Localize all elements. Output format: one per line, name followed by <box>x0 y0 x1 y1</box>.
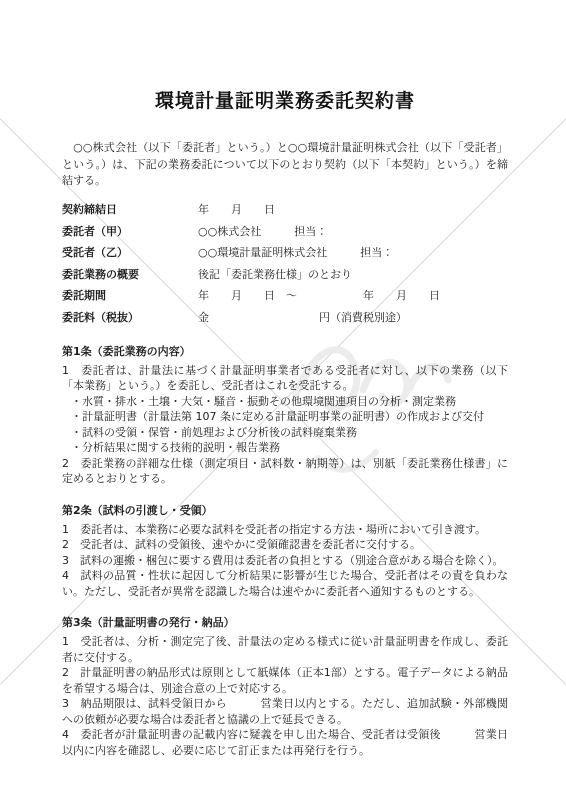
row-value: 年 月 日 <box>198 201 275 217</box>
row-label: 受託者（乙） <box>62 244 198 260</box>
row-label: 委託料（税抜） <box>62 309 198 325</box>
summary-row-conclusion-date: 契約締結日 年 月 日 <box>62 199 508 221</box>
intro-paragraph: ○○株式会社（以下「委託者」という。）と○○環境計量証明株式会社（以下「受託者」… <box>62 140 508 190</box>
article-2-clause-1: 1 委託者は、本業務に必要な試料を受託者の指定する方法・場所において引き渡す。 <box>62 522 508 538</box>
row-value: ○○環境計量証明株式会社 担当： <box>198 244 393 260</box>
article-3-clause-3: 3 納品期限は、試料受領日から 営業日以内とする。ただし、追加試験・外部機関への… <box>62 696 508 727</box>
article-3-clause-4: 4 委託者が計量証明書の記載内容に疑義を申し出た場合、受託者は受領後 営業日以内… <box>62 727 508 758</box>
article-2-clause-4: 4 試料の品質・性状に起因して分析結果に影響が生じた場合、受託者はその責を負わな… <box>62 568 508 599</box>
row-value: ○○株式会社 担当： <box>198 223 327 239</box>
contract-summary-table: 契約締結日 年 月 日 委託者（甲） ○○株式会社 担当： 受託者（乙） ○○環… <box>62 199 508 328</box>
document-page: 環境計量証明業務委託契約書 ○○株式会社（以下「委託者」という。）と○○環境計量… <box>0 0 566 800</box>
article-1-clause-2: 2 委託業務の詳細な仕様（測定項目・試料数・納期等）は、別紙「委託業務仕様書」に… <box>62 456 508 487</box>
summary-row-term: 委託期間 年 月 日 ～ 年 月 日 <box>62 285 508 307</box>
summary-row-fee: 委託料（税抜） 金 円（消費税別途） <box>62 306 508 328</box>
row-label: 委託者（甲） <box>62 223 198 239</box>
article-2-heading: 第2条（試料の引渡し・受領） <box>62 503 508 519</box>
article-1-clause-1: 1 委託者は、計量法に基づく計量証明事業者である受託者に対し、以下の業務（以下「… <box>62 363 508 394</box>
article-1-bullet-4: ・分析結果に関する技術的説明・報告業務 <box>62 440 508 456</box>
article-3: 第3条（計量証明書の発行・納品） 1 受託者は、分析・測定完了後、計量法の定める… <box>62 615 508 758</box>
article-1-bullet-1: ・水質・排水・土壌・大気・騒音・振動その他環境関連項目の分析・測定業務 <box>62 394 508 410</box>
article-2-clause-3: 3 試料の運搬・梱包に要する費用は委託者の負担とする（別途合意がある場合を除く）… <box>62 553 508 569</box>
row-label: 契約締結日 <box>62 201 198 217</box>
document-title: 環境計量証明業務委託契約書 <box>62 88 508 114</box>
row-value: 年 月 日 ～ 年 月 日 <box>198 287 440 303</box>
article-2-clause-2: 2 受託者は、試料の受領後、速やかに受領確認書を委託者に交付する。 <box>62 537 508 553</box>
article-2: 第2条（試料の引渡し・受領） 1 委託者は、本業務に必要な試料を受託者の指定する… <box>62 503 508 600</box>
row-label: 委託期間 <box>62 287 198 303</box>
summary-row-work-outline: 委託業務の概要 後記「委託業務仕様」のとおり <box>62 263 508 285</box>
summary-row-contractor: 受託者（乙） ○○環境計量証明株式会社 担当： <box>62 242 508 264</box>
article-1: 第1条（委託業務の内容） 1 委託者は、計量法に基づく計量証明事業者である受託者… <box>62 344 508 487</box>
row-label: 委託業務の概要 <box>62 266 198 282</box>
article-1-bullet-2: ・計量証明書（計量法第 107 条に定める計量証明事業の証明書）の作成および交付 <box>62 409 508 425</box>
row-value: 金 円（消費税別途） <box>198 309 407 325</box>
article-3-heading: 第3条（計量証明書の発行・納品） <box>62 615 508 631</box>
article-1-heading: 第1条（委託業務の内容） <box>62 344 508 360</box>
article-3-clause-2: 2 計量証明書の納品形式は原則として紙媒体（正本1部）とする。電子データによる納… <box>62 665 508 696</box>
article-1-bullet-3: ・試料の受領・保管・前処理および分析後の試料廃棄業務 <box>62 425 508 441</box>
summary-row-consignor: 委託者（甲） ○○株式会社 担当： <box>62 220 508 242</box>
row-value: 後記「委託業務仕様」のとおり <box>198 266 352 282</box>
document-content: 環境計量証明業務委託契約書 ○○株式会社（以下「委託者」という。）と○○環境計量… <box>62 0 508 758</box>
article-3-clause-1: 1 受託者は、分析・測定完了後、計量法の定める様式に従い計量証明書を作成し、委託… <box>62 634 508 665</box>
